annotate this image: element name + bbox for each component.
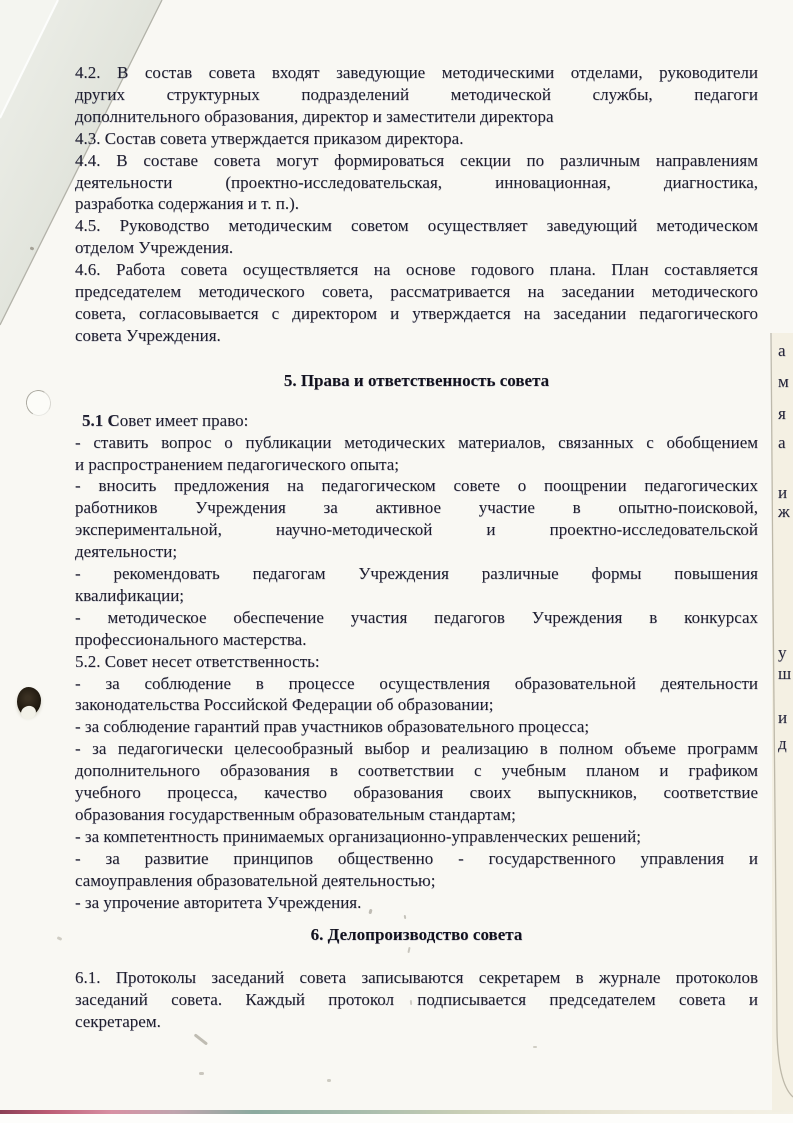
- edge-letter: а: [778, 341, 793, 361]
- edge-letter: и: [778, 708, 793, 728]
- scanned-document-page: амяаижушид 4.2. В состав совета входят з…: [0, 0, 793, 1123]
- hole-punch-top: [23, 387, 54, 419]
- text-line: заседаний совета. Каждый протокол подпис…: [75, 989, 758, 1011]
- clause-4-5: 4.5. Руководство методическим советом ос…: [75, 215, 758, 259]
- text-line: дополнительного образования в соответств…: [75, 760, 758, 782]
- text-line: профессионального мастерства.: [75, 629, 758, 651]
- scan-speck: [533, 1046, 537, 1048]
- text-line: - за соблюдение гарантий прав участников…: [75, 716, 758, 738]
- clause-5-1-item-3: - рекомендовать педагогам Учреждения раз…: [75, 563, 758, 607]
- clause-5-2-item-1: - за соблюдение в процессе осуществления…: [75, 673, 758, 717]
- clause-5-2-item-3: - за педагогически целесообразный выбор …: [75, 738, 758, 826]
- document-text: 4.2. В состав совета входят заведующие м…: [75, 62, 758, 1033]
- text-line: - рекомендовать педагогам Учреждения раз…: [75, 563, 758, 585]
- scan-bottom-margin: [0, 1114, 793, 1123]
- text-line: председателем методического совета, расс…: [75, 281, 758, 303]
- edge-letter: у: [778, 643, 793, 663]
- text-line: совета Учреждения.: [75, 325, 758, 347]
- edge-letter: м: [778, 372, 793, 392]
- text-line: 4.6. Работа совета осуществляется на осн…: [75, 259, 758, 281]
- clause-4-4: 4.4. В составе совета могут формироватьс…: [75, 150, 758, 216]
- text-line: 5.1 Совет имеет право:: [75, 410, 758, 432]
- edge-letter: ж: [778, 502, 793, 522]
- text-line: деятельности;: [75, 541, 758, 563]
- text-line: - методическое обеспечение участия педаг…: [75, 607, 758, 629]
- clause-4-6: 4.6. Работа совета осуществляется на осн…: [75, 259, 758, 347]
- clause-4-3: 4.3. Состав совета утверждается приказом…: [75, 128, 758, 150]
- text-line: квалификации;: [75, 585, 758, 607]
- clause-6-1: 6.1. Протоколы заседаний совета записыва…: [75, 967, 758, 1033]
- clause-5-1-intro: 5.1 Совет имеет право:: [75, 410, 758, 432]
- clause-5-2-item-5: - за развитие принципов общественно - го…: [75, 848, 758, 892]
- text-line: - за развитие принципов общественно - го…: [75, 848, 758, 870]
- scan-speck: [327, 1079, 331, 1082]
- text-line: 4.4. В составе совета могут формироватьс…: [75, 150, 758, 172]
- text-line: других структурных подразделений методич…: [75, 84, 758, 106]
- text-line: 5.2. Совет несет ответственность:: [75, 651, 758, 673]
- text-line: 6.1. Протоколы заседаний совета записыва…: [75, 967, 758, 989]
- text-line: - за педагогически целесообразный выбор …: [75, 738, 758, 760]
- edge-letter: д: [778, 734, 793, 754]
- text-line: экспериментальной, научно-методической и…: [75, 519, 758, 541]
- text-line: работников Учреждения за активное участи…: [75, 497, 758, 519]
- scan-speck: [199, 1072, 204, 1075]
- text-line: - вносить предложения на педагогическом …: [75, 475, 758, 497]
- section-6-heading: 6. Делопроизводство совета: [75, 924, 758, 946]
- text-line: дополнительного образования, директор и …: [75, 106, 758, 128]
- clause-5-1-item-4: - методическое обеспечение участия педаг…: [75, 607, 758, 651]
- text-line: образования государственным образователь…: [75, 804, 758, 826]
- text-line: 4.2. В состав совета входят заведующие м…: [75, 62, 758, 84]
- text-line: - за соблюдение в процессе осуществления…: [75, 673, 758, 695]
- text-line: секретарем.: [75, 1011, 758, 1033]
- text-line: учебного процесса, качество образования …: [75, 782, 758, 804]
- scan-speck: [404, 915, 407, 919]
- text-line: - за упрочение авторитета Учреждения.: [75, 892, 758, 914]
- clause-5-2-item-4: - за компетентность принимаемых организа…: [75, 826, 758, 848]
- edge-letter: ш: [778, 664, 793, 684]
- scan-speck: [194, 1033, 208, 1045]
- text-line: и распространением педагогического опыта…: [75, 454, 758, 476]
- text-line: разработка содержания и т. п.).: [75, 193, 758, 215]
- section-5-heading: 5. Права и ответственность совета: [75, 370, 758, 392]
- edge-letter: а: [778, 433, 793, 453]
- scan-speck: [410, 1000, 412, 1005]
- text-line: - ставить вопрос о публикации методическ…: [75, 432, 758, 454]
- clause-5-2-item-6: - за упрочение авторитета Учреждения.: [75, 892, 758, 914]
- edge-letter: я: [778, 404, 793, 424]
- text-line: совета, согласовывается с директором и у…: [75, 303, 758, 325]
- text-line: 4.5. Руководство методическим советом ос…: [75, 215, 758, 237]
- text-line: 4.3. Состав совета утверждается приказом…: [75, 128, 758, 150]
- clause-5-2-intro: 5.2. Совет несет ответственность:: [75, 651, 758, 673]
- clause-4-2: 4.2. В состав совета входят заведующие м…: [75, 62, 758, 128]
- edge-letter: и: [778, 483, 793, 503]
- scan-speck: [57, 936, 63, 941]
- text-line: деятельности (проектно-исследовательская…: [75, 172, 758, 194]
- clause-5-1-item-2: - вносить предложения на педагогическом …: [75, 475, 758, 563]
- clause-5-2-item-2: - за соблюдение гарантий прав участников…: [75, 716, 758, 738]
- text-line: - за компетентность принимаемых организа…: [75, 826, 758, 848]
- clause-5-1-item-1: - ставить вопрос о публикации методическ…: [75, 432, 758, 476]
- text-line: отделом Учреждения.: [75, 237, 758, 259]
- text-line: законодательства Российской Федерации об…: [75, 694, 758, 716]
- text-line: самоуправления образовательной деятельно…: [75, 870, 758, 892]
